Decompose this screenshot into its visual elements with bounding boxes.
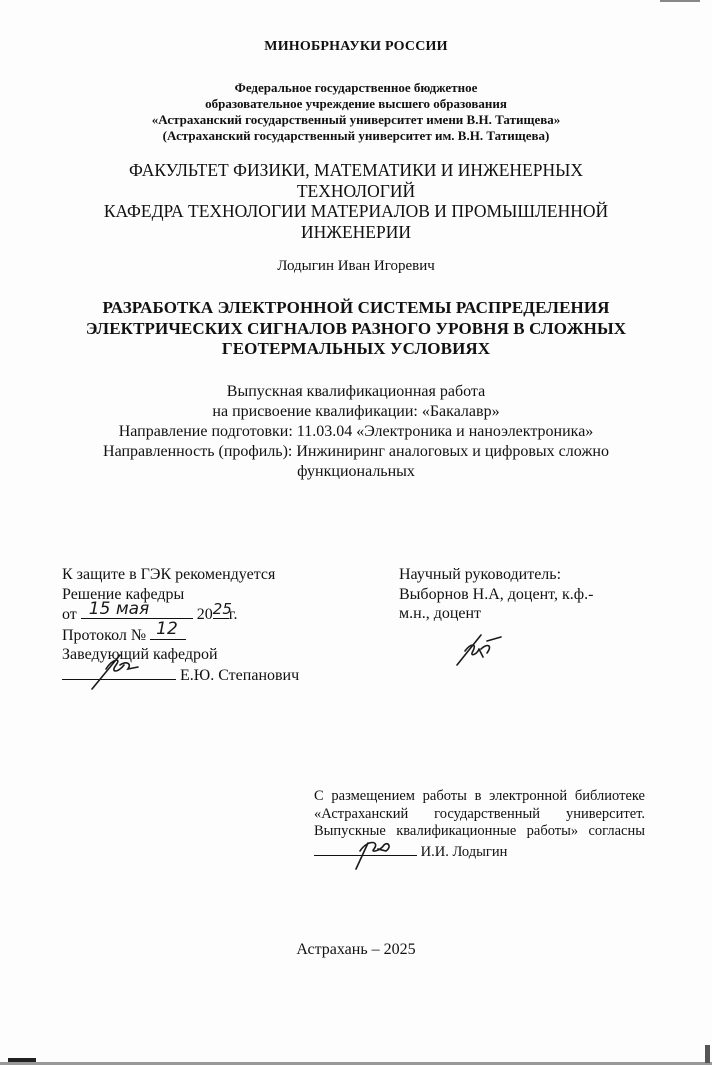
org-line: «Астраханский государственный университе… — [0, 112, 712, 128]
supervisor-block: Научный руководитель: Выборнов Н.А, доце… — [399, 565, 669, 624]
consent-line: «Астраханский государственный университе… — [314, 806, 645, 824]
head-signature-field — [62, 665, 176, 680]
org-line: образовательное учреждение высшего образ… — [0, 96, 712, 112]
supervisor-label: Научный руководитель: — [399, 565, 669, 585]
org-line: (Астраханский государственный университе… — [0, 128, 712, 144]
title-line: РАЗРАБОТКА ЭЛЕКТРОННОЙ СИСТЕМЫ РАСПРЕДЕЛ… — [0, 298, 712, 319]
library-consent-block: С размещением работы в электронной библи… — [314, 788, 645, 861]
date-prefix: от — [62, 606, 77, 623]
year-field: 25 — [213, 604, 229, 619]
supervisor-degree: м.н., доцент — [399, 604, 669, 624]
work-info: Выпускная квалификационная работа на при… — [0, 382, 712, 482]
year-prefix: 20 — [197, 606, 213, 623]
city-year: Астрахань – 2025 — [0, 941, 712, 959]
scan-edge-bottom-left — [8, 1058, 36, 1062]
date-field: 15 мая — [81, 604, 193, 619]
protocol-number: 12 — [156, 620, 178, 640]
qualification: на присвоение квалификации: «Бакалавр» — [0, 402, 712, 422]
author-name: Лодыгин Иван Игоревич — [0, 258, 712, 275]
organization-block: Федеральное государственное бюджетное об… — [0, 80, 712, 144]
consent-signature-icon — [346, 835, 406, 871]
recommend-text: К защите в ГЭК рекомендуется — [62, 565, 362, 585]
protocol-line: Протокол № 12 — [62, 625, 362, 646]
head-signature-icon — [82, 651, 152, 691]
approval-block: К защите в ГЭК рекомендуется Решение каф… — [62, 565, 362, 685]
title-line: ЭЛЕКТРИЧЕСКИХ СИГНАЛОВ РАЗНОГО УРОВНЯ В … — [0, 319, 712, 340]
title-page: МИНОБРНАУКИ РОССИИ Федеральное государст… — [0, 0, 712, 1065]
protocol-label: Протокол № — [62, 627, 146, 644]
consent-signer: И.И. Лодыгин — [421, 844, 508, 860]
title-line: ГЕОТЕРМАЛЬНЫХ УСЛОВИЯХ — [0, 339, 712, 360]
scan-edge-top — [660, 0, 700, 2]
consent-signature-field — [314, 841, 417, 856]
faculty-line: ТЕХНОЛОГИЙ — [0, 181, 712, 202]
thesis-title: РАЗРАБОТКА ЭЛЕКТРОННОЙ СИСТЕМЫ РАСПРЕДЕЛ… — [0, 298, 712, 360]
year-handwritten: 25 — [213, 600, 232, 620]
consent-line: С размещением работы в электронной библи… — [314, 788, 645, 806]
work-type: Выпускная квалификационная работа — [0, 382, 712, 402]
scan-edge-bottom-right — [705, 1045, 710, 1063]
date-line: от 15 мая 2025г. — [62, 604, 362, 625]
department-line: ИНЖЕНЕРИИ — [0, 222, 712, 243]
head-signature-line: Е.Ю. Степанович — [62, 665, 362, 686]
faculty-block: ФАКУЛЬТЕТ ФИЗИКИ, МАТЕМАТИКИ И ИНЖЕНЕРНЫ… — [0, 160, 712, 242]
faculty-line: ФАКУЛЬТЕТ ФИЗИКИ, МАТЕМАТИКИ И ИНЖЕНЕРНЫ… — [0, 160, 712, 181]
org-line: Федеральное государственное бюджетное — [0, 80, 712, 96]
study-profile-cont: функциональных — [0, 462, 712, 482]
ministry-heading: МИНОБРНАУКИ РОССИИ — [0, 39, 712, 55]
supervisor-name: Выборнов Н.А, доцент, к.ф.- — [399, 585, 669, 605]
head-name: Е.Ю. Степанович — [180, 667, 299, 684]
study-direction: Направление подготовки: 11.03.04 «Электр… — [0, 422, 712, 442]
department-line: КАФЕДРА ТЕХНОЛОГИИ МАТЕРИАЛОВ И ПРОМЫШЛЕ… — [0, 201, 712, 222]
supervisor-signature-icon — [451, 631, 511, 671]
protocol-field: 12 — [150, 625, 186, 640]
date-handwritten: 15 мая — [89, 600, 150, 620]
study-profile: Направленность (профиль): Инжиниринг ана… — [0, 442, 712, 462]
consent-signature-line: И.И. Лодыгин — [314, 841, 645, 862]
